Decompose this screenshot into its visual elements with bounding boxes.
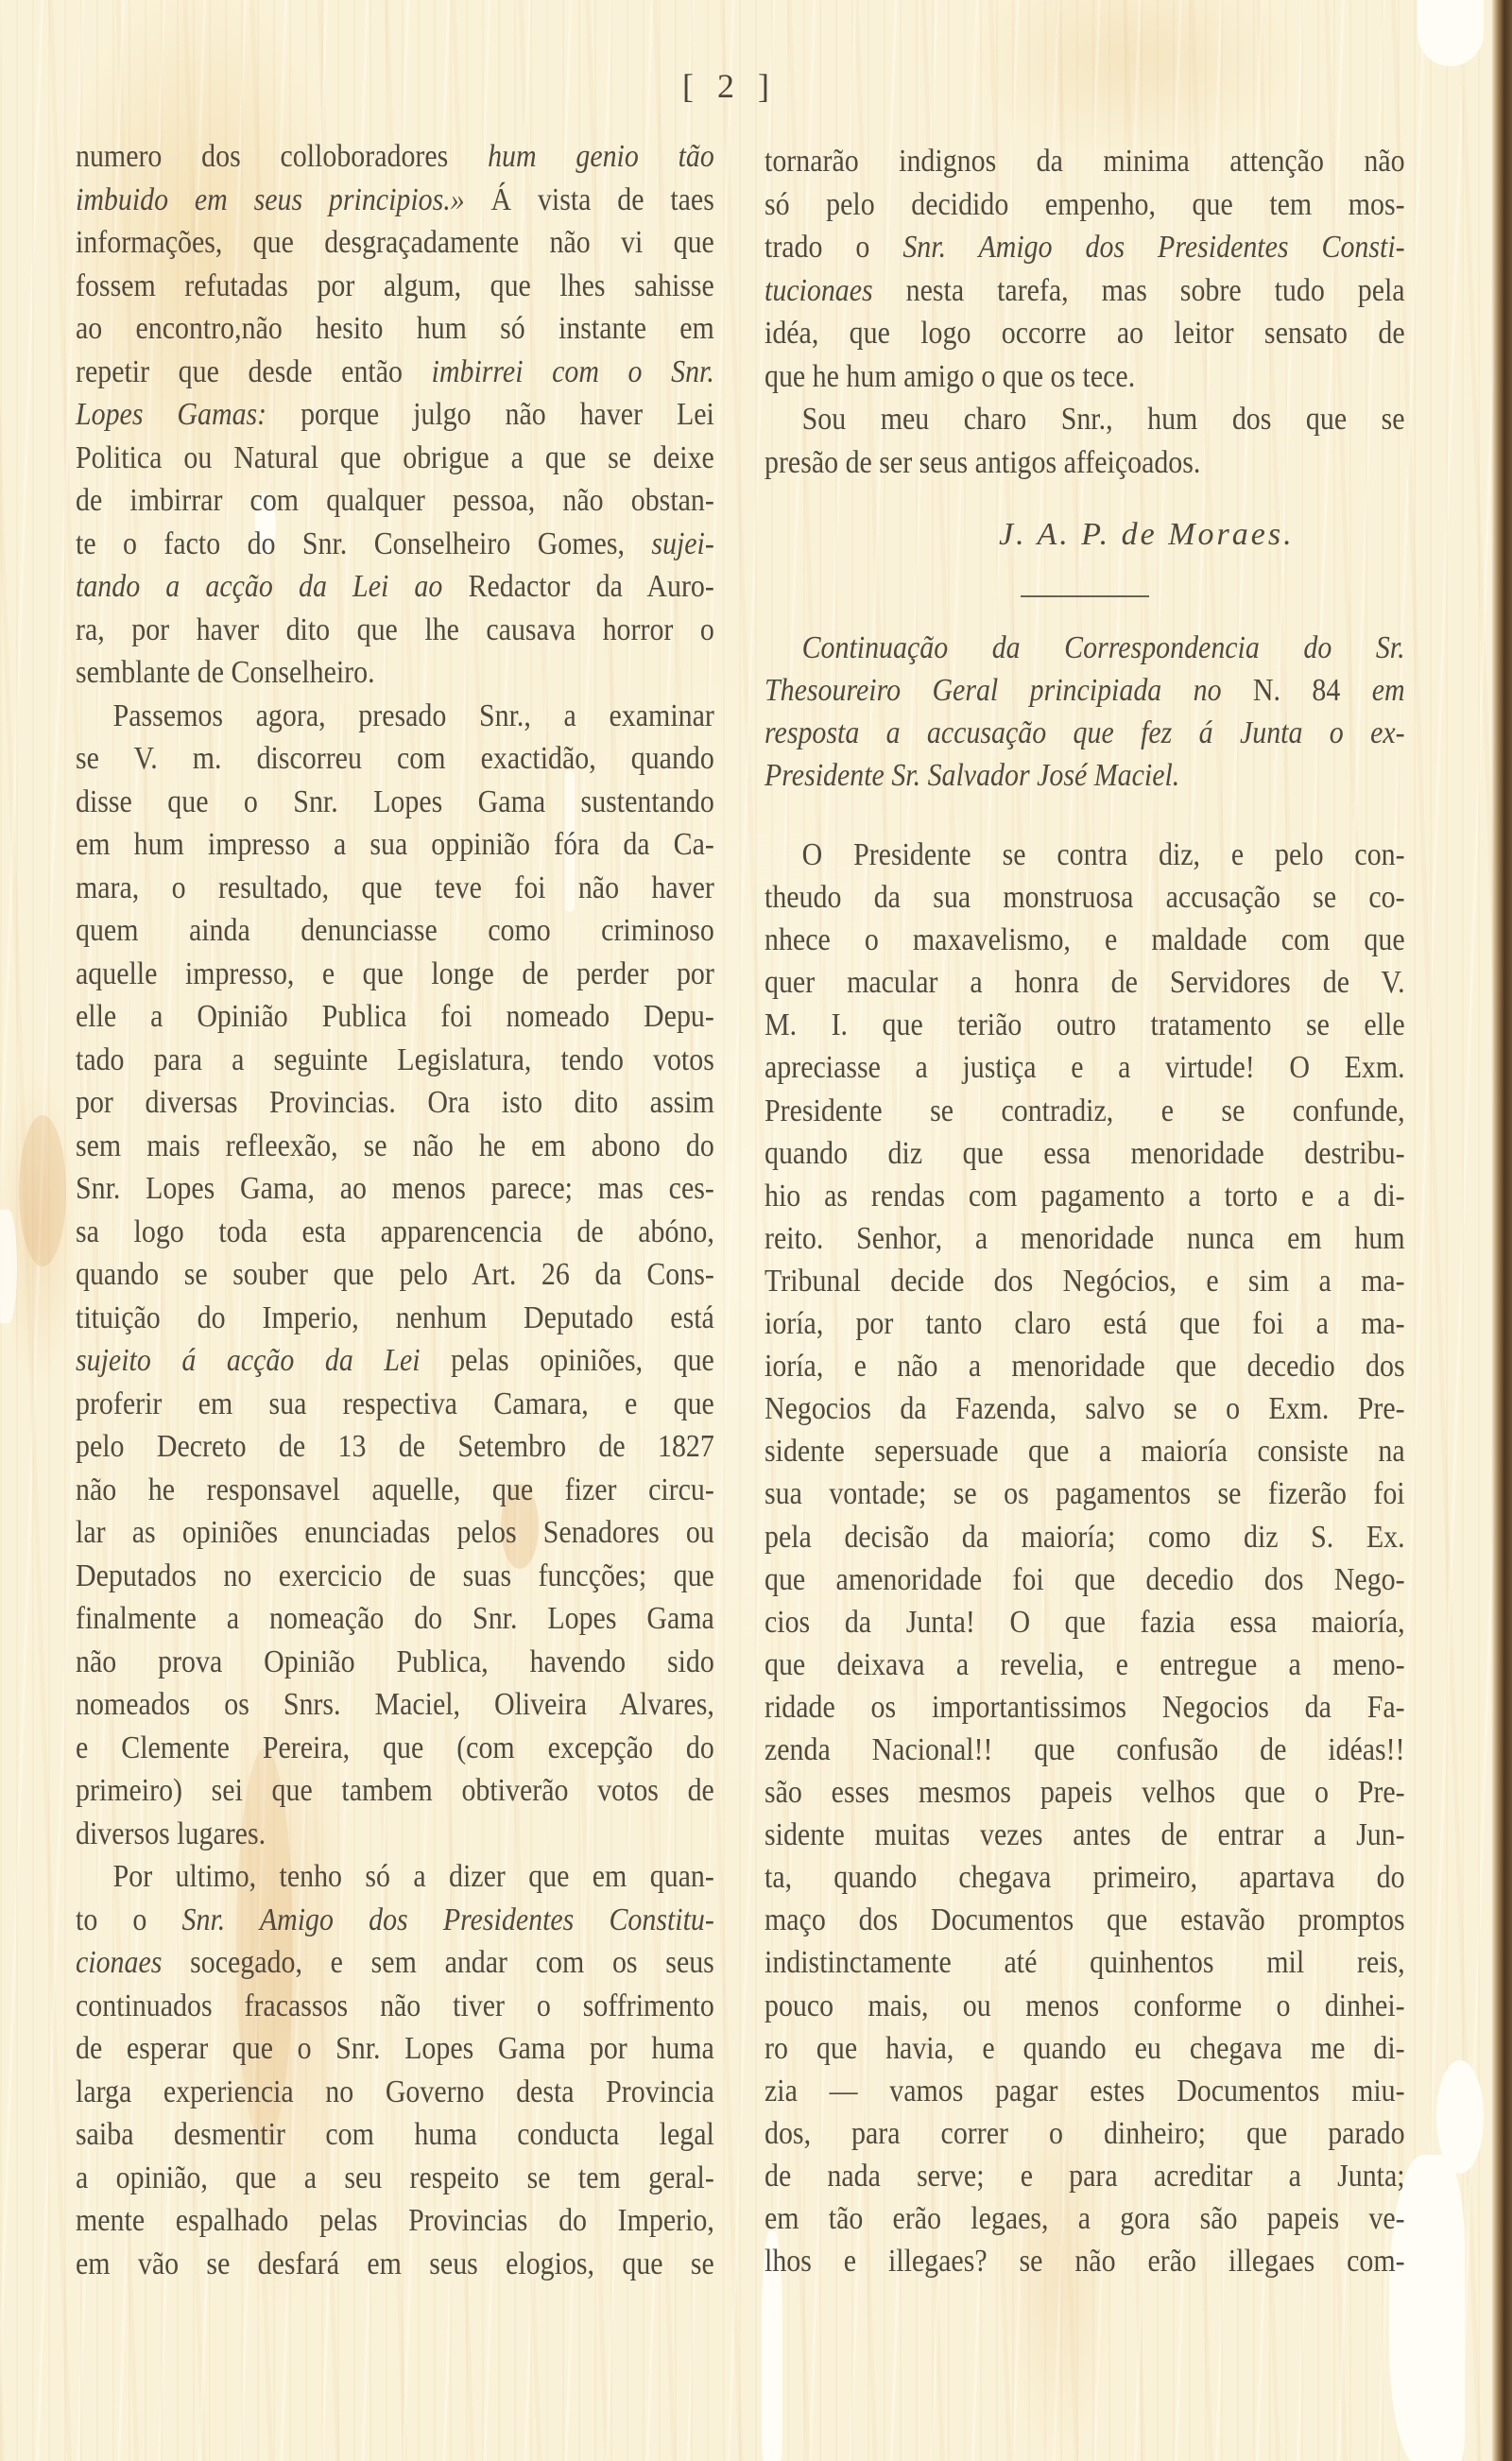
roman-text: não he responsavel aquelle, que fizer ci… xyxy=(76,1472,714,1507)
text-line: hio as rendas com pagamento a torto e a … xyxy=(765,1175,1405,1217)
text-line: lhos e illegaes? se não erão illegaes co… xyxy=(765,2240,1405,2282)
newspaper-page: [ 2 ] numero dos colloboradores hum geni… xyxy=(0,0,1512,2461)
text-line: em vão se desfará em seus elogios, que s… xyxy=(76,2243,714,2286)
text-line: de imbirrar com qualquer pessoa, não obs… xyxy=(76,479,714,523)
text-line: zia — vamos pagar estes Documentos miu- xyxy=(765,2070,1405,2112)
roman-text: sem mais refleexão, se não he em abono d… xyxy=(76,1128,714,1163)
roman-text: em vão se desfará em seus elogios, que s… xyxy=(76,2246,714,2281)
text-line: aquelle impresso, e que longe de perder … xyxy=(76,953,714,996)
roman-text: são esses mesmos papeis velhos que o Pre… xyxy=(765,1775,1405,1810)
roman-text: Á vista de taes xyxy=(465,182,714,217)
text-line: reito. Senhor, a menoridade nunca em hum xyxy=(765,1217,1405,1260)
text-line: Thesoureiro Geral principiada no N. 84 e… xyxy=(765,670,1405,713)
roman-text: numero dos colloboradores xyxy=(76,139,488,174)
text-line: em hum impresso a sua oppinião fóra da C… xyxy=(76,823,714,867)
text-line: quer macular a honra de Servidores de V. xyxy=(765,961,1405,1004)
page-number: [ 2 ] xyxy=(682,66,777,106)
text-line: mara, o resultado, que teve foi não have… xyxy=(76,867,714,910)
paper-tear xyxy=(0,1210,17,1323)
roman-text: zia — vamos pagar estes Documentos miu- xyxy=(765,2074,1405,2108)
text-line: Politica ou Natural que obrigue a que se… xyxy=(76,437,714,480)
paragraph: O Presidente se contra diz, e pelo con-t… xyxy=(765,834,1405,2282)
text-line: saiba desmentir com huma conducta legal xyxy=(76,2113,714,2157)
text-line: e Clemente Pereira, que (com excepção do xyxy=(76,1727,714,1770)
text-line: to o Snr. Amigo dos Presidentes Constitu… xyxy=(76,1899,714,1942)
text-line: que deixava a revelia, e entregue a meno… xyxy=(765,1644,1405,1686)
text-line: sidente sepersuade que a maioría consist… xyxy=(765,1430,1405,1472)
italic-text: Continuação da Correspondencia do Sr. xyxy=(802,630,1405,665)
roman-text: em hum impresso a sua oppinião fóra da C… xyxy=(76,827,714,862)
roman-text: disse que o Snr. Lopes Gama sustentando xyxy=(76,784,714,819)
roman-text: Passemos agora, presado Snr., a examinar xyxy=(113,698,714,733)
paragraph: Por ultimo, tenho só a dizer que em quan… xyxy=(76,1855,714,2285)
paper-tear xyxy=(1417,0,1484,66)
text-line: Tribunal decide dos Negócios, e sim a ma… xyxy=(765,1260,1405,1302)
text-line: Lopes Gamas: porque julgo não haver Lei xyxy=(76,393,714,437)
text-line: que amenoridade foi que decedio dos Nego… xyxy=(765,1558,1405,1601)
text-line: theudo da sua monstruosa accusação se co… xyxy=(765,876,1405,919)
text-line: lar as opiniões enunciadas pelos Senador… xyxy=(76,1511,714,1555)
roman-text: porque julgo não haver Lei xyxy=(266,397,714,432)
text-line: repetir que desde então imbirrei com o S… xyxy=(76,351,714,394)
roman-text: lar as opiniões enunciadas pelos Senador… xyxy=(76,1515,714,1550)
text-line: a opinião, que a seu respeito se tem ger… xyxy=(76,2157,714,2200)
text-line: apreciasse a justiça e a virtude! O Exm. xyxy=(765,1046,1405,1089)
roman-text: indistinctamente até quinhentos mil reis… xyxy=(765,1945,1405,1980)
roman-text: tituição do Imperio, nenhum Deputado est… xyxy=(76,1300,714,1335)
roman-text: e Clemente Pereira, que (com excepção do xyxy=(76,1730,714,1765)
roman-text: maço dos Documentos que estavão promptos xyxy=(765,1902,1405,1937)
text-line: nomeados os Snrs. Maciel, Oliveira Alvar… xyxy=(76,1683,714,1727)
roman-text: presão de ser seus antigos affeiçoados. xyxy=(765,445,1200,480)
roman-text: Snr. Lopes Gama, ao menos parece; mas ce… xyxy=(76,1171,714,1206)
roman-text: que amenoridade foi que decedio dos Nego… xyxy=(765,1562,1405,1597)
text-line: indistinctamente até quinhentos mil reis… xyxy=(765,1941,1405,1984)
text-line: informações, que desgraçadamente não vi … xyxy=(76,221,714,265)
roman-text: por diversas Provincias. Ora isto dito a… xyxy=(76,1085,714,1120)
text-line: imbuido em seus principios.» Á vista de … xyxy=(76,179,714,222)
text-line: proferir em sua respectiva Camara, e que xyxy=(76,1383,714,1426)
roman-text: repetir que desde então xyxy=(76,354,432,389)
roman-text: N. 84 xyxy=(1253,673,1340,708)
roman-text: a opinião, que a seu respeito se tem ger… xyxy=(76,2160,714,2195)
text-line: numero dos colloboradores hum genio tão xyxy=(76,135,714,179)
roman-text: tornarão indignos da minima attenção não xyxy=(765,144,1405,179)
text-line: quando se souber que pelo Art. 26 da Con… xyxy=(76,1253,714,1297)
text-line: presão de ser seus antigos affeiçoados. xyxy=(765,441,1405,485)
roman-text: zenda Nacional!! que confusão de idéas!! xyxy=(765,1732,1405,1767)
text-line: ro que havia, e quando eu chegava me di- xyxy=(765,2027,1405,2070)
italic-text: cionaes xyxy=(76,1945,162,1980)
roman-text: ioría, por tanto claro está que foi a ma… xyxy=(765,1306,1405,1341)
roman-text: nomeados os Snrs. Maciel, Oliveira Alvar… xyxy=(76,1687,714,1722)
roman-text: ridade os importantissimos Negocios da F… xyxy=(765,1690,1405,1725)
text-line: disse que o Snr. Lopes Gama sustentando xyxy=(76,781,714,824)
text-line: tornarão indignos da minima attenção não xyxy=(765,140,1405,183)
roman-text: sua vontade; se os pagamentos se fizerão… xyxy=(765,1476,1405,1511)
text-line: em tão erão legaes, a gora são papeis ve… xyxy=(765,2197,1405,2240)
text-line: só pelo decidido empenho, que tem mos- xyxy=(765,183,1405,227)
roman-text: de esperar que o Snr. Lopes Gama por hum… xyxy=(76,2031,714,2066)
text-line: maço dos Documentos que estavão promptos xyxy=(765,1899,1405,1941)
roman-text: finalmente a nomeação do Snr. Lopes Gama xyxy=(76,1601,714,1636)
text-line: continuados fracassos não tiver o soffri… xyxy=(76,1985,714,2028)
text-line: mente espalhado pelas Provincias do Impe… xyxy=(76,2199,714,2243)
text-line: nhece o maxavelismo, e maldade com que xyxy=(765,919,1405,961)
text-line: larga experiencia no Governo desta Provi… xyxy=(76,2071,714,2114)
text-line: Snr. Lopes Gama, ao menos parece; mas ce… xyxy=(76,1167,714,1211)
roman-text: reito. Senhor, a menoridade nunca em hum xyxy=(765,1221,1405,1256)
roman-text: sidente sepersuade que a maioría consist… xyxy=(765,1434,1405,1469)
roman-text: M. I. que terião outro tratamento se ell… xyxy=(765,1007,1405,1042)
text-line: tucionaes nesta tarefa, mas sobre tudo p… xyxy=(765,269,1405,313)
text-line: ao encontro,não hesito hum só instante e… xyxy=(76,307,714,351)
roman-text: pela decisão da maioría; como diz S. Ex. xyxy=(765,1520,1405,1555)
text-line: ioría, e não a menoridade que decedio do… xyxy=(765,1345,1405,1387)
text-line: se V. m. discorreu com exactidão, quando xyxy=(76,737,714,781)
italic-text: Snr. Amigo dos Presidentes Consti- xyxy=(902,230,1404,265)
roman-text: mara, o resultado, que teve foi não have… xyxy=(76,870,714,905)
text-line: de esperar que o Snr. Lopes Gama por hum… xyxy=(76,2027,714,2071)
text-line: pelo Decreto de 13 de Setembro de 1827 xyxy=(76,1425,714,1469)
roman-text: se V. m. discorreu com exactidão, quando xyxy=(76,741,714,776)
italic-text: hum genio tão xyxy=(488,139,714,174)
text-line: semblante de Conselheiro. xyxy=(76,651,714,695)
italic-text: Snr. Amigo dos Presidentes Constitu- xyxy=(182,1902,714,1937)
italic-text: sujeito á acção da Lei xyxy=(76,1343,421,1378)
roman-text: trado o xyxy=(765,230,902,265)
text-line: elle a Opinião Publica foi nomeado Depu- xyxy=(76,995,714,1039)
roman-text: ra, por haver dito que lhe causava horro… xyxy=(76,612,714,647)
roman-text: aquelle impresso, e que longe de perder … xyxy=(76,956,714,991)
text-line: cionaes socegado, e sem andar com os seu… xyxy=(76,1941,714,1985)
roman-text: tado para a seguinte Legislatura, tendo … xyxy=(76,1042,714,1077)
roman-text: Tribunal decide dos Negócios, e sim a ma… xyxy=(765,1264,1405,1299)
text-line: sidente muitas vezes antes de entrar a J… xyxy=(765,1814,1405,1856)
roman-text: continuados fracassos não tiver o soffri… xyxy=(76,1988,714,2023)
roman-text: primeiro) sei que tambem obtiverão votos… xyxy=(76,1773,714,1808)
roman-text: Redactor da Auro- xyxy=(442,569,713,604)
text-line: Negocios da Fazenda, salvo se o Exm. Pre… xyxy=(765,1387,1405,1430)
roman-text: proferir em sua respectiva Camara, e que xyxy=(76,1386,714,1421)
italic-text: tucionaes xyxy=(765,273,873,308)
roman-text: não prova Opinião Publica, havendo sido xyxy=(76,1644,714,1679)
text-line: tado para a seguinte Legislatura, tendo … xyxy=(76,1039,714,1082)
italic-text: imbuido em seus principios.» xyxy=(76,182,465,217)
roman-text: ro que havia, e quando eu chegava me di- xyxy=(765,2031,1405,2066)
paragraph: tornarão indignos da minima attenção não… xyxy=(765,140,1405,398)
text-line: Deputados no exercicio de suas funcções;… xyxy=(76,1555,714,1598)
text-line: pouco mais, ou menos conforme o dinhei- xyxy=(765,1985,1405,2027)
roman-text: apreciasse a justiça e a virtude! O Exm. xyxy=(765,1050,1405,1085)
text-line: por diversas Provincias. Ora isto dito a… xyxy=(76,1081,714,1125)
text-line: primeiro) sei que tambem obtiverão votos… xyxy=(76,1769,714,1813)
roman-text: pelas opiniões, que xyxy=(421,1343,714,1378)
text-line: que he hum amigo o que os tece. xyxy=(765,355,1405,399)
text-line: Presidente se contradiz, e se confunde, xyxy=(765,1090,1405,1132)
text-line: sa logo toda esta apparencencia de abóno… xyxy=(76,1211,714,1254)
roman-text: hio as rendas com pagamento a torto e a … xyxy=(765,1179,1405,1213)
roman-text: lhos e illegaes? se não erão illegaes co… xyxy=(765,2244,1405,2279)
right-column-letter: tornarão indignos da minima attenção não… xyxy=(765,140,1405,484)
section-divider xyxy=(1021,595,1149,597)
text-line: cios da Junta! O que fazia essa maioría, xyxy=(765,1601,1405,1644)
italic-text: Thesoureiro Geral principiada no xyxy=(765,673,1253,708)
text-line: quem ainda denunciasse como criminoso xyxy=(76,909,714,953)
text-line: são esses mesmos papeis velhos que o Pre… xyxy=(765,1771,1405,1814)
roman-text: que he hum amigo o que os tece. xyxy=(765,359,1135,394)
roman-text: elle a Opinião Publica foi nomeado Depu- xyxy=(76,999,714,1034)
roman-text: quando se souber que pelo Art. 26 da Con… xyxy=(76,1257,714,1292)
text-line: Sou meu charo Snr., hum dos que se xyxy=(765,398,1405,441)
roman-text: larga experiencia no Governo desta Provi… xyxy=(76,2074,714,2109)
roman-text: Negocios da Fazenda, salvo se o Exm. Pre… xyxy=(765,1391,1405,1426)
text-line: M. I. que terião outro tratamento se ell… xyxy=(765,1004,1405,1046)
italic-text: imbirrei com o Snr. xyxy=(432,354,714,389)
paper-tear xyxy=(1436,2060,1484,2174)
text-line: pela decisão da maioría; como diz S. Ex. xyxy=(765,1516,1405,1558)
roman-text: pouco mais, ou menos conforme o dinhei- xyxy=(765,1988,1405,2023)
roman-text: Por ultimo, tenho só a dizer que em quan… xyxy=(113,1859,714,1894)
text-line: sua vontade; se os pagamentos se fizerão… xyxy=(765,1472,1405,1515)
text-line: fossem refutadas por algum, que lhes sah… xyxy=(76,265,714,308)
roman-text: diversos lugares. xyxy=(76,1816,266,1851)
roman-text: de imbirrar com qualquer pessoa, não obs… xyxy=(76,483,714,518)
text-line: idéa, que logo occorre ao leitor sensato… xyxy=(765,312,1405,355)
italic-text: em xyxy=(1340,673,1404,708)
author-signature: J. A. P. de Moraes. xyxy=(999,513,1295,556)
italic-text: Lopes Gamas: xyxy=(76,397,266,432)
italic-text: resposta a accusação que fez á Junta o e… xyxy=(765,715,1405,750)
right-column-body: O Presidente se contra diz, e pelo con-t… xyxy=(765,834,1405,2282)
text-line: sem mais refleexão, se não he em abono d… xyxy=(76,1125,714,1168)
roman-text: Sou meu charo Snr., hum dos que se xyxy=(802,402,1405,437)
roman-text: de nada serve; e para acreditar a Junta; xyxy=(765,2159,1405,2194)
text-line: quando diz que essa menoridade destribu- xyxy=(765,1132,1405,1175)
roman-text: dos, para correr o dinheiro; que parado xyxy=(765,2116,1405,2151)
roman-text: semblante de Conselheiro. xyxy=(76,655,375,690)
roman-text: O Presidente se contra diz, e pelo con- xyxy=(802,837,1405,872)
roman-text: sa logo toda esta apparencencia de abóno… xyxy=(76,1214,714,1249)
text-line: tituição do Imperio, nenhum Deputado est… xyxy=(76,1297,714,1340)
roman-text: ta, quando chegava primeiro, apartava do xyxy=(765,1860,1405,1895)
text-line: ta, quando chegava primeiro, apartava do xyxy=(765,1856,1405,1899)
paragraph: Sou meu charo Snr., hum dos que sepresão… xyxy=(765,398,1405,484)
roman-text: que deixava a revelia, e entregue a meno… xyxy=(765,1647,1405,1682)
roman-text: idéa, que logo occorre ao leitor sensato… xyxy=(765,316,1405,351)
roman-text: nesta tarefa, mas sobre tudo pela xyxy=(873,273,1405,308)
paragraph: numero dos colloboradores hum genio tãoi… xyxy=(76,135,714,695)
roman-text: saiba desmentir com huma conducta legal xyxy=(76,2117,714,2152)
text-line: sujeito á acção da Lei pelas opiniões, q… xyxy=(76,1339,714,1383)
roman-text: só pelo decidido empenho, que tem mos- xyxy=(765,187,1405,222)
roman-text: Deputados no exercicio de suas funcções;… xyxy=(76,1558,714,1593)
roman-text: Presidente se contradiz, e se confunde, xyxy=(765,1093,1405,1128)
roman-text: sidente muitas vezes antes de entrar a J… xyxy=(765,1817,1405,1852)
text-line: ridade os importantissimos Negocios da F… xyxy=(765,1686,1405,1729)
roman-text: Politica ou Natural que obrigue a que se… xyxy=(76,440,714,475)
roman-text: pelo Decreto de 13 de Setembro de 1827 xyxy=(76,1429,714,1464)
text-line: resposta a accusação que fez á Junta o e… xyxy=(765,713,1405,755)
text-line: dos, para correr o dinheiro; que parado xyxy=(765,2112,1405,2155)
text-line: de nada serve; e para acreditar a Junta; xyxy=(765,2155,1405,2197)
text-line: tando a acção da Lei ao Redactor da Auro… xyxy=(76,565,714,609)
paragraph: Passemos agora, presado Snr., a examinar… xyxy=(76,695,714,1856)
text-line: não he responsavel aquelle, que fizer ci… xyxy=(76,1469,714,1512)
text-line: Por ultimo, tenho só a dizer que em quan… xyxy=(76,1855,714,1899)
text-line: te o facto do Snr. Conselheiro Gomes, su… xyxy=(76,523,714,566)
roman-text: informações, que desgraçadamente não vi … xyxy=(76,225,714,260)
italic-text: tando a acção da Lei ao xyxy=(76,569,442,604)
roman-text: ao encontro,não hesito hum só instante e… xyxy=(76,311,714,346)
text-line: ioría, por tanto claro está que foi a ma… xyxy=(765,1302,1405,1345)
text-line: finalmente a nomeação do Snr. Lopes Gama xyxy=(76,1597,714,1641)
paragraph: Continuação da Correspondencia do Sr.The… xyxy=(765,628,1405,798)
roman-text: quando diz que essa menoridade destribu- xyxy=(765,1136,1405,1171)
roman-text: theudo da sua monstruosa accusação se co… xyxy=(765,880,1405,915)
roman-text: nhece o maxavelismo, e maldade com que xyxy=(765,922,1405,957)
italic-text: Presidente Sr. Salvador José Maciel. xyxy=(765,758,1179,793)
roman-text: quem ainda denunciasse como criminoso xyxy=(76,913,714,948)
roman-text: mente espalhado pelas Provincias do Impe… xyxy=(76,2203,714,2238)
paper-stain xyxy=(19,1115,66,1266)
text-line: Presidente Sr. Salvador José Maciel. xyxy=(765,755,1405,798)
text-line: trado o Snr. Amigo dos Presidentes Const… xyxy=(765,226,1405,269)
italic-text: sujei- xyxy=(651,526,713,561)
text-line: não prova Opinião Publica, havendo sido xyxy=(76,1641,714,1684)
roman-text: to o xyxy=(76,1902,182,1937)
text-line: diversos lugares. xyxy=(76,1813,714,1856)
text-line: ra, por haver dito que lhe causava horro… xyxy=(76,609,714,652)
roman-text: cios da Junta! O que fazia essa maioría, xyxy=(765,1605,1405,1640)
roman-text: quer macular a honra de Servidores de V. xyxy=(765,965,1405,1000)
text-line: Continuação da Correspondencia do Sr. xyxy=(765,628,1405,670)
text-line: O Presidente se contra diz, e pelo con- xyxy=(765,834,1405,876)
text-line: zenda Nacional!! que confusão de idéas!! xyxy=(765,1729,1405,1771)
roman-text: te o facto do Snr. Conselheiro Gomes, xyxy=(76,526,651,561)
roman-text: ioría, e não a menoridade que decedio do… xyxy=(765,1349,1405,1384)
roman-text: socegado, e sem andar com os seus xyxy=(162,1945,713,1980)
left-column: numero dos colloboradores hum genio tãoi… xyxy=(76,135,714,2285)
roman-text: fossem refutadas por algum, que lhes sah… xyxy=(76,268,714,303)
text-line: Passemos agora, presado Snr., a examinar xyxy=(76,695,714,738)
section-heading: Continuação da Correspondencia do Sr.The… xyxy=(765,628,1405,798)
roman-text: em tão erão legaes, a gora são papeis ve… xyxy=(765,2201,1405,2236)
